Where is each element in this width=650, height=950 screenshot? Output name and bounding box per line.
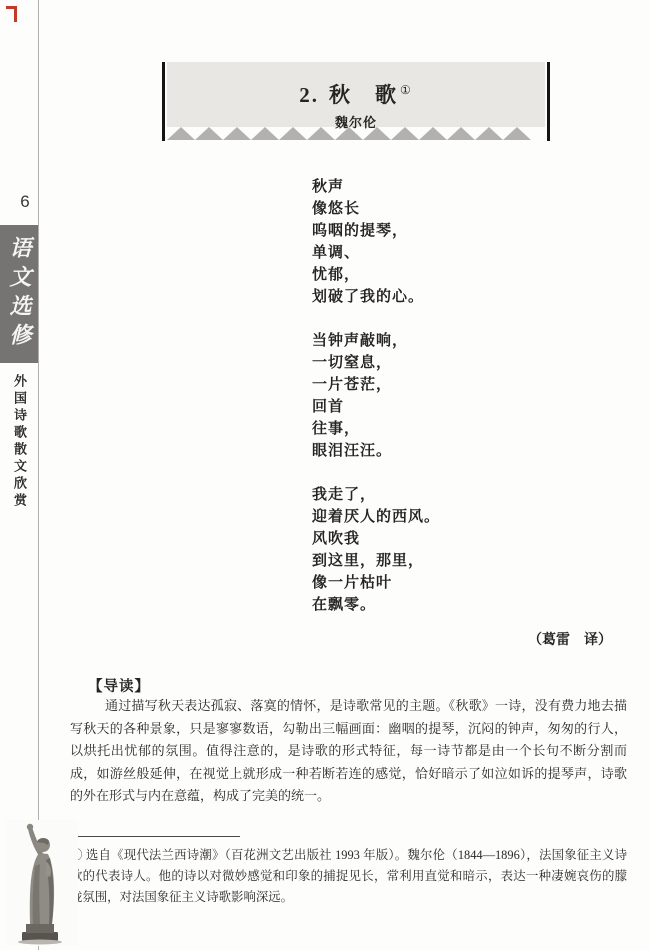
poem-line: 一片苍茫，: [312, 374, 440, 396]
poem-line: 像悠长: [312, 198, 440, 220]
footnote-text: 选自《现代法兰西诗潮》（百花洲文艺出版社 1993 年版）。魏尔伦（1844—1…: [70, 848, 627, 904]
poem-line: 呜咽的提琴，: [312, 220, 440, 242]
textbook-page: 6 语文选修 外国诗歌散文欣赏 2.秋 歌① 魏尔伦 秋声 像悠长 呜咽的提琴，…: [0, 0, 650, 950]
lesson-title: 秋 歌: [329, 83, 398, 107]
footnote: ① 选自《现代法兰西诗潮》（百花洲文艺出版社 1993 年版）。魏尔伦（1844…: [70, 845, 627, 908]
poem-line: 忧郁，: [312, 264, 440, 286]
lesson-title-line: 2.秋 歌①: [167, 62, 545, 109]
poem-line: 到这里，那里，: [312, 550, 440, 572]
header-right-rule: [547, 62, 550, 141]
footnote-ref-superscript: ①: [400, 83, 413, 97]
poem-line: 往事，: [312, 418, 440, 440]
statue-image: [6, 820, 78, 946]
lesson-header: 2.秋 歌① 魏尔伦: [167, 62, 545, 127]
page-number: 6: [14, 192, 36, 212]
footnote-divider: [70, 836, 240, 837]
translator-credit: （葛雷 译）: [312, 629, 612, 649]
poem-line: 当钟声敲响，: [312, 330, 440, 352]
poem-line: 眼泪汪汪。: [312, 440, 440, 462]
series-banner: 语文选修: [0, 225, 38, 363]
poem-body: 秋声 像悠长 呜咽的提琴， 单调、 忧郁， 划破了我的心。 当钟声敲响， 一切窒…: [312, 176, 440, 638]
header-left-rule: [162, 62, 165, 141]
poem-line: 回首: [312, 396, 440, 418]
red-corner-mark: [6, 6, 17, 22]
poem-line: 我走了，: [312, 484, 440, 506]
poem-line: 划破了我的心。: [312, 286, 440, 308]
poem-line: 在飘零。: [312, 594, 440, 616]
poem-stanza-1: 秋声 像悠长 呜咽的提琴， 单调、 忧郁， 划破了我的心。: [312, 176, 440, 308]
zigzag-border: [167, 127, 545, 140]
poem-line: 迎着厌人的西风。: [312, 506, 440, 528]
lesson-number: 2.: [299, 83, 319, 107]
subseries-title: 外国诗歌散文欣赏: [0, 374, 39, 510]
poem-stanza-2: 当钟声敲响， 一切窒息， 一片苍茫， 回首 往事， 眼泪汪汪。: [312, 330, 440, 462]
subseries-title-vertical: 外国诗歌散文欣赏: [10, 374, 29, 510]
poem-stanza-3: 我走了， 迎着厌人的西风。 风吹我 到这里，那里， 像一片枯叶 在飘零。: [312, 484, 440, 616]
poem-line: 单调、: [312, 242, 440, 264]
lesson-header-box: 2.秋 歌① 魏尔伦: [167, 62, 545, 140]
poem-line: 像一片枯叶: [312, 572, 440, 594]
guide-paragraph: 通过描写秋天表达孤寂、落寞的情怀，是诗歌常见的主题。《秋歌》一诗，没有费力地去描…: [70, 695, 627, 808]
series-title-vertical: 语文选修: [0, 236, 38, 352]
poem-line: 风吹我: [312, 528, 440, 550]
poem-line: 一切窒息，: [312, 352, 440, 374]
guide-section-label: 【导读】: [88, 675, 150, 696]
poem-line: 秋声: [312, 176, 440, 198]
